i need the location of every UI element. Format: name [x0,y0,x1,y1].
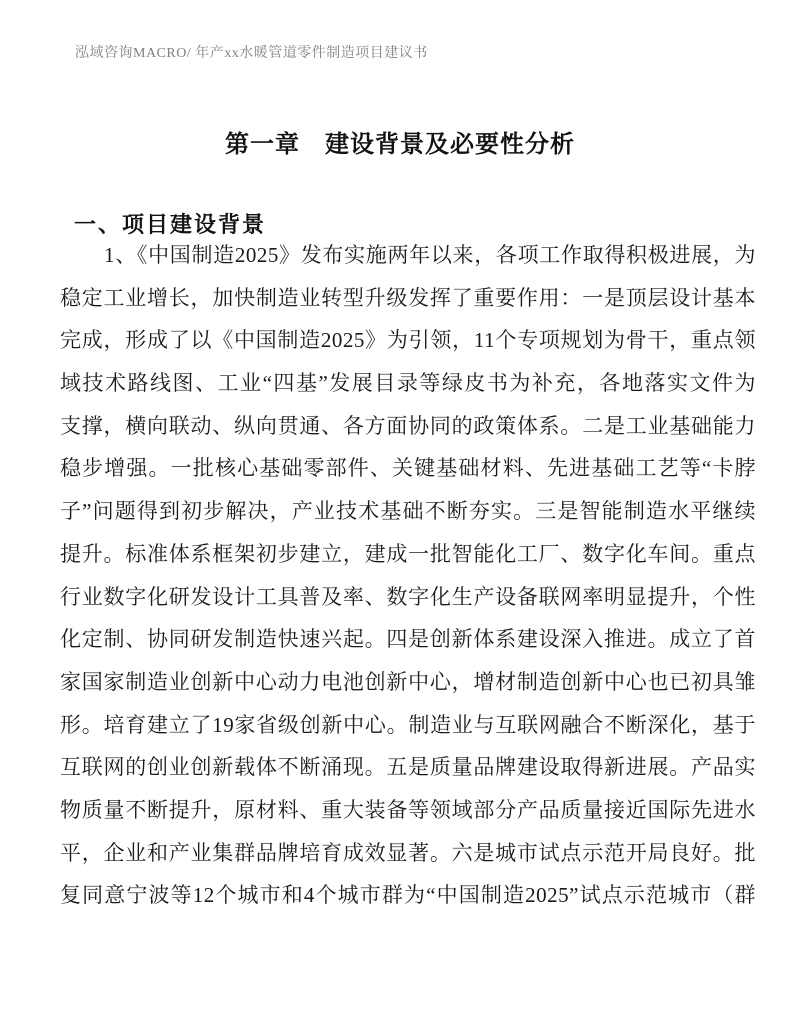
paragraph-line: 复同意宁波等12个城市和4个城市群为“中国制造2025”试点示范城市（群 [60,874,756,917]
document-page: 泓域咨询MACRO/ 年产xx水暖管道零件制造项目建议书 第一章 建设背景及必要… [0,0,800,1036]
paragraph-line: 行业数字化研发设计工具普及率、数字化生产设备联网率明显提升，个性 [60,576,756,619]
paragraph-line: 物质量不断提升，原材料、重大装备等领域部分产品质量接近国际先进水 [60,789,756,832]
paragraph: 1、《中国制造2025》发布实施两年以来，各项工作取得积极进展，为稳定工业增长，… [60,234,756,917]
paragraph-line: 形。培育建立了19家省级创新中心。制造业与互联网融合不断深化，基于 [60,704,756,747]
running-header: 泓域咨询MACRO/ 年产xx水暖管道零件制造项目建议书 [75,46,428,62]
paragraph-line: 家国家制造业创新中心动力电池创新中心，增材制造创新中心也已初具雏 [60,661,756,704]
paragraph-line: 域技术路线图、工业“四基”发展目录等绿皮书为补充，各地落实文件为 [60,362,756,405]
paragraph-line: 互联网的创业创新载体不断涌现。五是质量品牌建设取得新进展。产品实 [60,746,756,789]
paragraph-line: 子”问题得到初步解决，产业技术基础不断夯实。三是智能制造水平继续 [60,490,756,533]
paragraph-line: 完成，形成了以《中国制造2025》为引领，11个专项规划为骨干，重点领 [60,319,756,362]
paragraph-line: 稳定工业增长，加快制造业转型升级发挥了重要作用：一是顶层设计基本 [60,277,756,320]
paragraph-line: 支撑，横向联动、纵向贯通、各方面协同的政策体系。二是工业基础能力 [60,405,756,448]
paragraph-line: 化定制、协同研发制造快速兴起。四是创新体系建设深入推进。成立了首 [60,618,756,661]
paragraph-line: 平，企业和产业集群品牌培育成效显著。六是城市试点示范开局良好。批 [60,832,756,875]
paragraph-line: 稳步增强。一批核心基础零部件、关键基础材料、先进基础工艺等“卡脖 [60,447,756,490]
paragraph-line: 提升。标准体系框架初步建立，建成一批智能化工厂、数字化车间。重点 [60,533,756,576]
chapter-title: 第一章 建设背景及必要性分析 [0,128,800,162]
paragraph-line: 1、《中国制造2025》发布实施两年以来，各项工作取得积极进展，为 [60,234,756,277]
